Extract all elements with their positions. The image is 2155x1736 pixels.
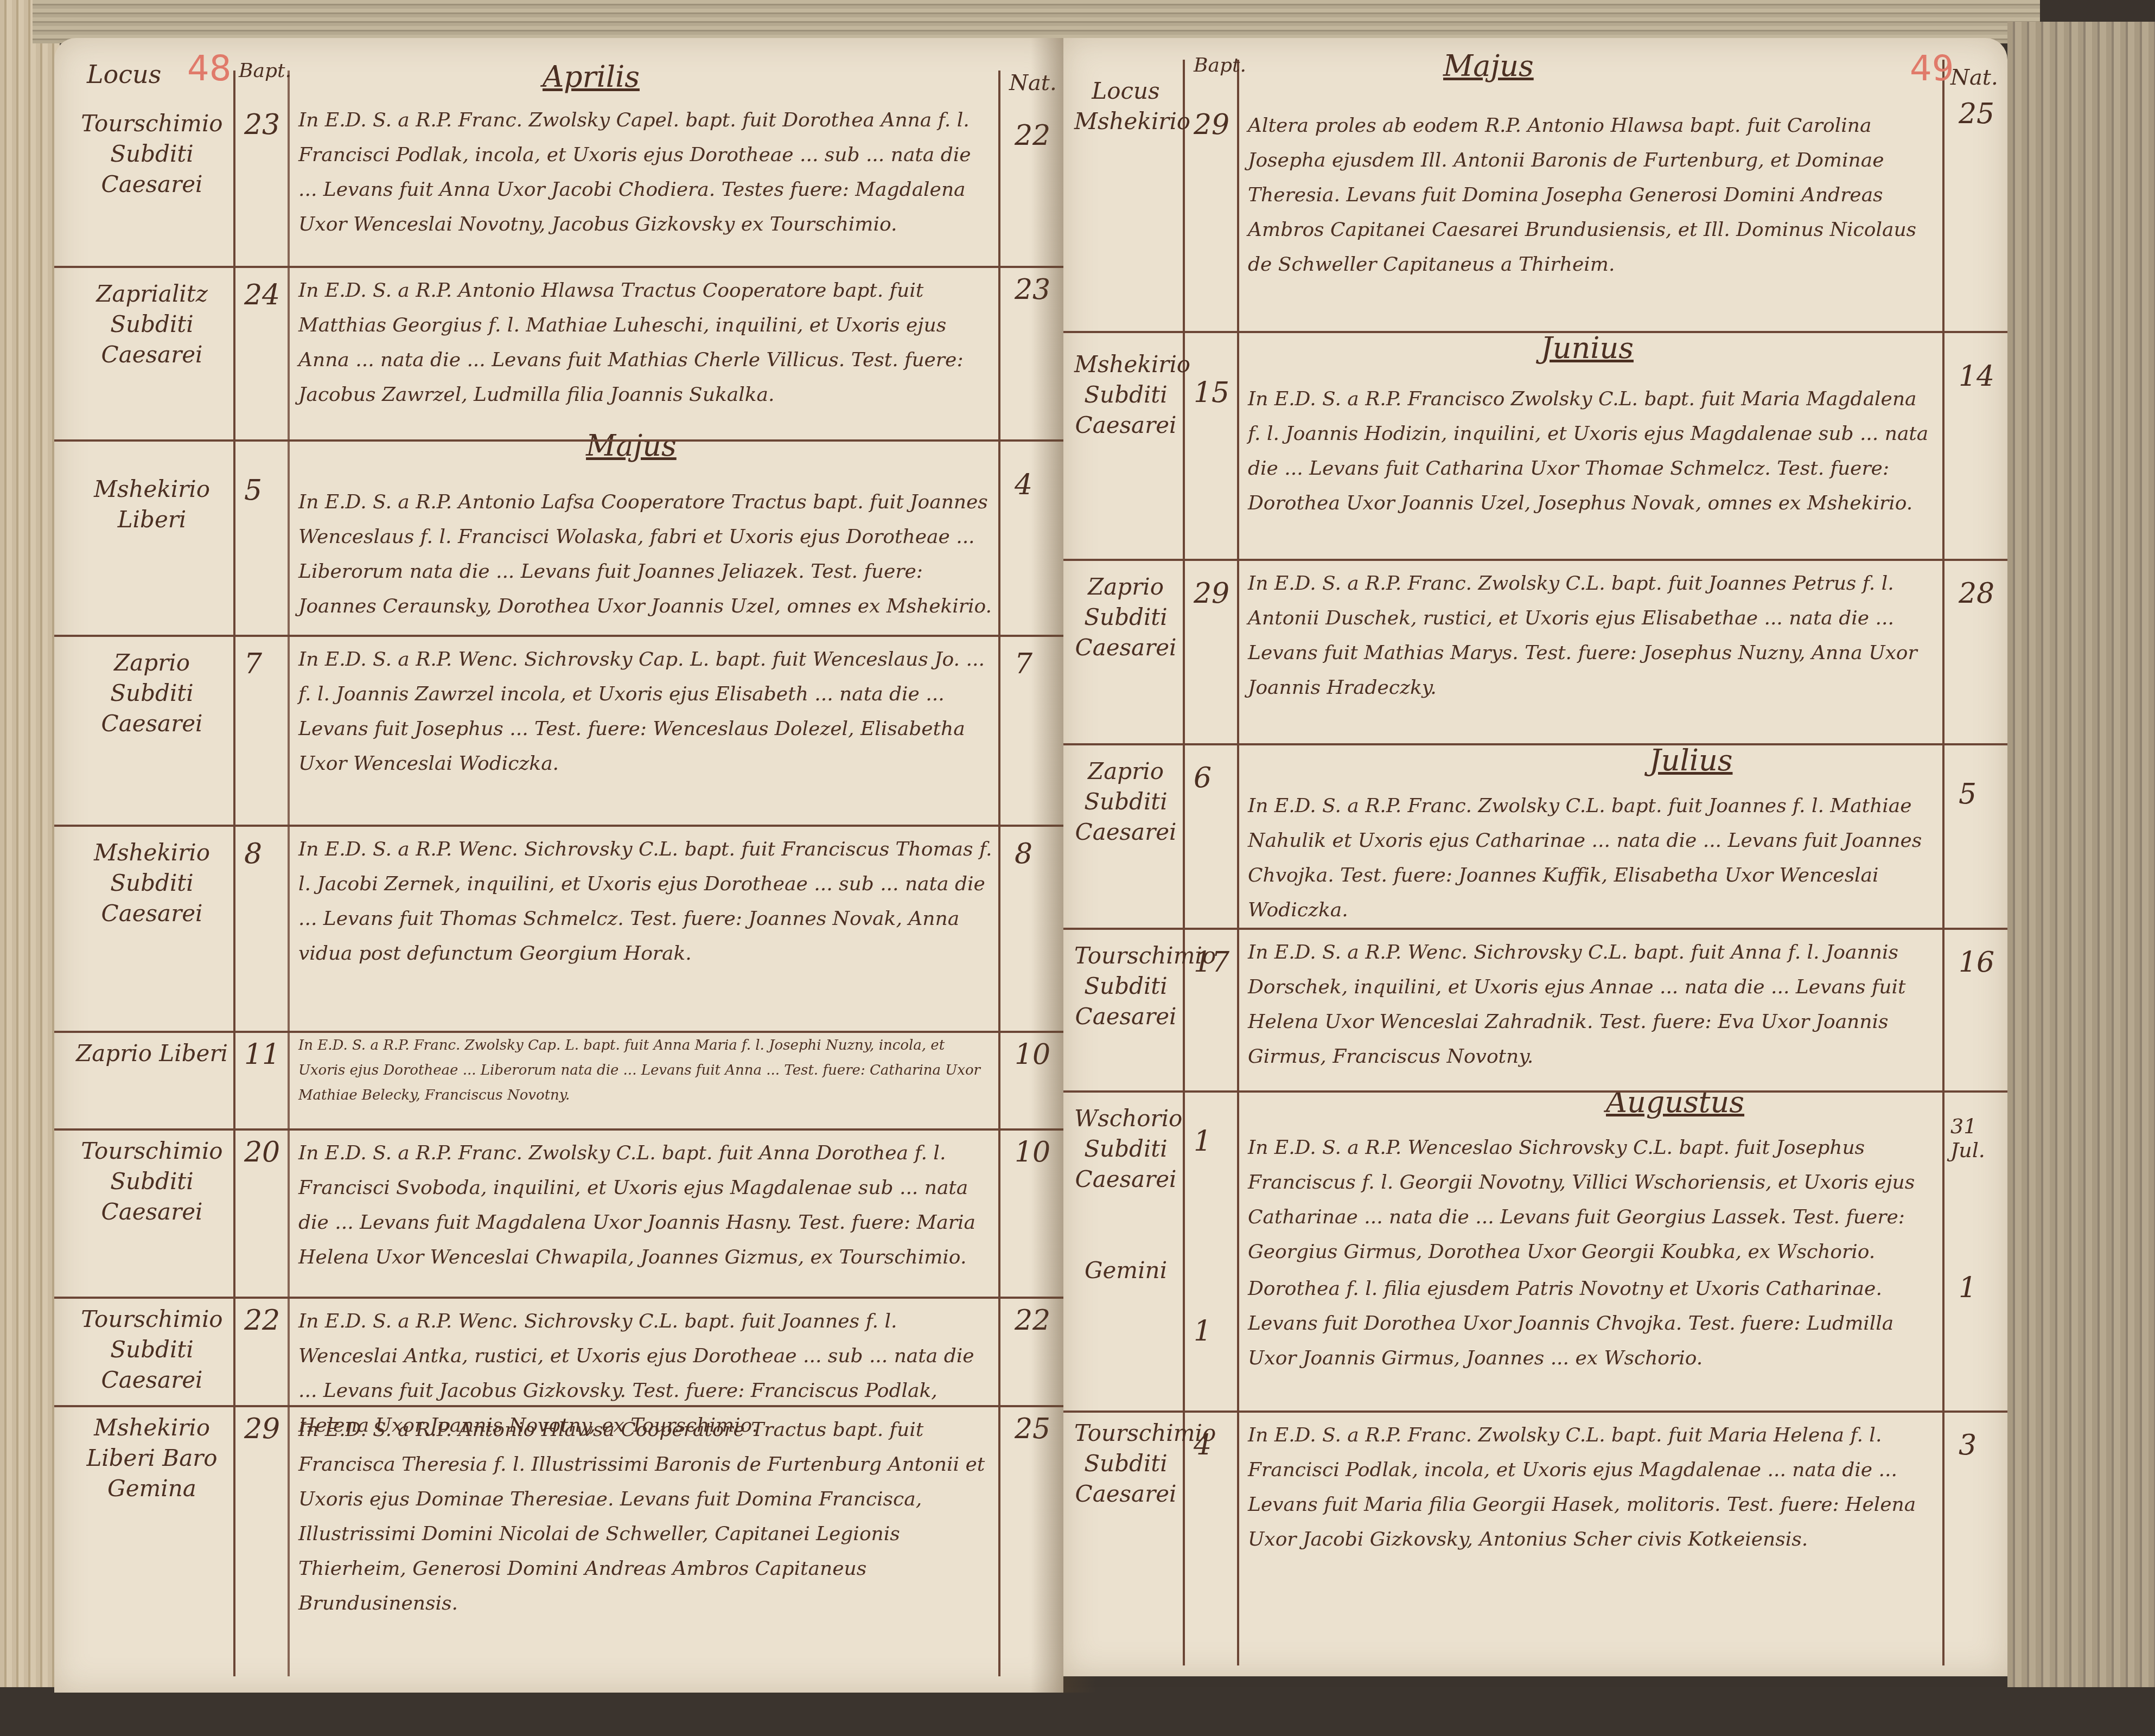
register-entry: Zaprio Subditi Caesarei 7 In E.D. S. a R…	[54, 635, 1063, 821]
entry-nat-day: 31 Jul.	[1950, 1114, 2007, 1162]
entry-bapt-day: 7	[244, 648, 262, 680]
entry-bapt-day: 11	[244, 1038, 280, 1071]
register-entry: Mshekirio Subditi Caesarei 8 In E.D. S. …	[54, 825, 1063, 1033]
entry-bapt-day: 4	[1194, 1429, 1212, 1461]
entry-place: Tourschimio Subditi Caesarei	[76, 1304, 228, 1395]
entry-nat-day: 5	[1959, 778, 1977, 810]
register-entry: Zaprialitz Subditi Caesarei 24 In E.D. S…	[54, 266, 1063, 425]
entry-place: Zaprio Subditi Caesarei	[1074, 572, 1177, 663]
register-entry: Zaprio Subditi Caesarei 6 In E.D. S. a R…	[1063, 743, 2007, 930]
entry-nat-day: 8	[1015, 838, 1032, 870]
entry-place: Zaprialitz Subditi Caesarei	[76, 279, 228, 370]
entry-text: In E.D. S. a R.P. Wenc. Sichrovsky Cap. …	[298, 642, 993, 781]
entry-bapt-day: 1	[1194, 1125, 1212, 1158]
book-page-edges-right	[2007, 22, 2155, 1736]
entry-nat-day: 25	[1959, 98, 1994, 130]
entry-bapt-day: 24	[244, 279, 280, 311]
entry-place: Zaprio Subditi Caesarei	[1074, 756, 1177, 847]
entry-place: Zaprio Subditi Caesarei	[76, 648, 228, 739]
entry-text: In E.D. S. a R.P. Francisco Zwolsky C.L.…	[1248, 382, 1931, 521]
entry-text: Dorothea f. l. filia ejusdem Patris Novo…	[1248, 1272, 1931, 1376]
register-entry: Wschorio Subditi Caesarei 1 In E.D. S. a…	[1063, 1090, 2007, 1396]
entry-nat-day: 4	[1015, 469, 1032, 501]
entry-bapt-day: 22	[244, 1304, 280, 1337]
entry-bapt-day: 29	[1194, 108, 1229, 141]
entry-bapt-day: 29	[1194, 577, 1229, 610]
entry-place: Mshekirio Liberi	[76, 474, 228, 535]
entry-text: Altera proles ab eodem R.P. Antonio Hlaw…	[1248, 108, 1931, 282]
entry-nat-day: 3	[1959, 1429, 1977, 1461]
left-page: Locus 48 Bapt. Nat. Aprilis Majus Toursc…	[54, 38, 1063, 1693]
entry-text: In E.D. S. a R.P. Franc. Zwolsky Cap. L.…	[298, 1033, 993, 1108]
entry-text: In E.D. S. a R.P. Wenc. Sichrovsky C.L. …	[1248, 935, 1931, 1074]
entry-place: Zaprio Liberi	[76, 1038, 228, 1069]
header-bapt: Bapt.	[239, 60, 291, 82]
entry-bapt-day: 29	[244, 1413, 280, 1445]
entry-place: Tourschimio Subditi Caesarei	[76, 108, 228, 200]
entry-nat-day: 7	[1015, 648, 1032, 680]
entry-bapt-day: 23	[244, 108, 280, 141]
register-entry: Locus Mshekirio 29 Altera proles ab eode…	[1063, 71, 2007, 331]
entry-nat-day: 1	[1959, 1272, 1977, 1304]
register-entry: Tourschimio Subditi Caesarei 20 In E.D. …	[54, 1128, 1063, 1293]
entry-bapt-day: 5	[244, 474, 262, 507]
entry-place: Tourschimio Subditi Caesarei	[76, 1136, 228, 1227]
entry-text: In E.D. S. a R.P. Wenceslao Sichrovsky C…	[1248, 1131, 1931, 1269]
entry-place: Mshekirio Subditi Caesarei	[1074, 349, 1177, 441]
month-heading: Aprilis	[543, 60, 640, 94]
book-top-edge	[33, 0, 2040, 43]
entry-place: Tourschimio Subditi Caesarei	[1074, 1418, 1177, 1509]
header-locus: Locus	[87, 60, 161, 89]
register-entry: Mshekirio Liberi 5 In E.D. S. a R.P. Ant…	[54, 439, 1063, 631]
entry-bapt-day: 15	[1194, 376, 1229, 409]
register-entry: Mshekirio Subditi Caesarei 15 In E.D. S.…	[1063, 331, 2007, 561]
entry-place: Locus Mshekirio	[1074, 76, 1177, 137]
folio-number: 48	[187, 49, 231, 89]
register-entry: Tourschimio Subditi Caesarei 23 In E.D. …	[54, 98, 1063, 260]
right-page: Bapt. Nat. 49 Majus Junius Julius August…	[1063, 38, 2007, 1676]
book-page-edges-left	[0, 0, 60, 1736]
entry-text: In E.D. S. a R.P. Franc. Zwolsky C.L. ba…	[1248, 566, 1931, 705]
entry-text: In E.D. S. a R.P. Antonio Lafsa Cooperat…	[298, 485, 993, 624]
entry-bapt-day: 1	[1194, 1315, 1212, 1348]
entry-place: Mshekirio Subditi Caesarei	[76, 838, 228, 929]
register-entry: Tourschimio Subditi Caesarei 4 In E.D. S…	[1063, 1410, 2007, 1641]
entry-place: Mshekirio Liberi Baro Gemina	[76, 1413, 228, 1504]
entry-bapt-day: 17	[1194, 946, 1229, 979]
entry-text: In E.D. S. a R.P. Wenc. Sichrovsky C.L. …	[298, 832, 993, 971]
register-entry: Mshekirio Liberi Baro Gemina 29 In E.D. …	[54, 1405, 1063, 1624]
entry-text: In E.D. S. a R.P. Franc. Zwolsky C.L. ba…	[1248, 1418, 1931, 1557]
entry-nat-day: 14	[1959, 360, 1994, 393]
entry-bapt-day: 8	[244, 838, 262, 870]
entry-text: In E.D. S. a R.P. Antonio Hlawsa Tractus…	[298, 273, 993, 412]
entry-place: Gemini	[1074, 1255, 1177, 1286]
entry-bapt-day: 20	[244, 1136, 280, 1169]
entry-text: In E.D. S. a R.P. Franc. Zwolsky C.L. ba…	[1248, 789, 1931, 928]
entry-text: In E.D. S. a R.P. Antonio Hlawsa Coopera…	[298, 1413, 993, 1621]
entry-text: In E.D. S. a R.P. Franc. Zwolsky C.L. ba…	[298, 1136, 993, 1275]
entry-nat-day: 16	[1959, 946, 1994, 979]
entry-place: Tourschimio Subditi Caesarei	[1074, 941, 1177, 1032]
entry-nat-day: 28	[1959, 577, 1994, 610]
entry-place: Wschorio Subditi Caesarei	[1074, 1103, 1177, 1195]
register-entry: Zaprio Subditi Caesarei 29 In E.D. S. a …	[1063, 559, 2007, 745]
entry-text: In E.D. S. a R.P. Franc. Zwolsky Capel. …	[298, 103, 993, 242]
register-entry: Zaprio Liberi 11 In E.D. S. a R.P. Franc…	[54, 1031, 1063, 1136]
scan-background	[0, 1687, 2155, 1736]
entry-bapt-day: 6	[1194, 762, 1212, 794]
register-entry: Tourschimio Subditi Caesarei 17 In E.D. …	[1063, 928, 2007, 1093]
